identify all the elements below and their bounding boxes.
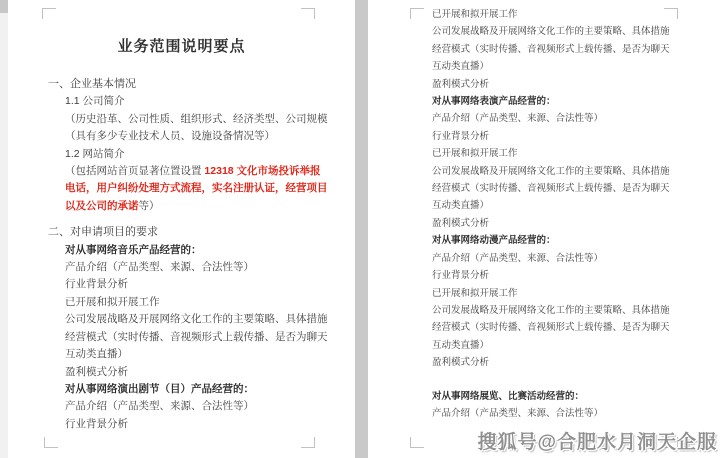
line-strategy: 公司发展战略及开展网络文化工作的主要策略、具体措施 (368, 302, 720, 319)
line-company-note-1: （历史沿革、公司性质、组织形式、经济类型、公司规模 (8, 111, 355, 128)
line-industry-analysis: 行业背景分析 (368, 267, 720, 284)
sohu-watermark: 搜狐号@合肥水月洞天企服 (477, 427, 717, 454)
section-1-heading: 一、企业基本情况 (8, 76, 355, 93)
document-page-1: 业务范围说明要点 一、企业基本情况 1.1 公司简介 （历史沿革、公司性质、组织… (8, 0, 355, 458)
margin-mark-icon (44, 437, 58, 448)
margin-mark-icon (301, 8, 315, 19)
line-mode-1: 经营模式（实时传播、音视频形式上载传播、是否为聊天 (368, 319, 720, 336)
document-viewer: 业务范围说明要点 一、企业基本情况 1.1 公司简介 （历史沿革、公司性质、组织… (0, 0, 720, 458)
line-profit: 盈利模式分析 (368, 354, 720, 371)
site-note-black-suffix: 等） (139, 200, 160, 212)
line-company-note-2: （具有多少专业技术人员、设施设备情况等） (8, 128, 355, 145)
heading-network-exhibition: 对从事网络展览、比赛活动经营的： (368, 388, 720, 405)
line-strategy: 公司发展战略及开展网络文化工作的主要策略、具体措施 (368, 163, 720, 180)
line-work-done: 已开展和拟开展工作 (8, 294, 355, 311)
heading-network-show: 对从事网络表演产品经营的： (368, 93, 720, 110)
site-note-red-2: 电话，用户纠纷处理方式流程，实名注册认证，经营项目 (65, 182, 328, 194)
line-company-intro: 1.1 公司简介 (8, 93, 355, 110)
site-note-red-1: 12318 文化市场投诉举报 (204, 165, 320, 177)
page-title: 业务范围说明要点 (8, 37, 355, 57)
site-note-black-prefix: （包括网站首页显著位置设置 (65, 165, 204, 177)
left-edge-strip (0, 0, 8, 458)
margin-mark-icon (410, 437, 424, 448)
line-product-intro: 产品介绍（产品类型、来源、合法性等） (8, 259, 355, 276)
heading-network-music: 对从事网络音乐产品经营的： (8, 242, 355, 259)
line-strategy: 公司发展战略及开展网络文化工作的主要策略、具体措施 (8, 311, 355, 328)
line-mode-1: 经营模式（实时传播、音视频形式上载传播、是否为聊天 (368, 41, 720, 58)
line-site-intro: 1.2 网站简介 (8, 146, 355, 163)
line-site-note-2: 电话，用户纠纷处理方式流程，实名注册认证，经营项目 (8, 180, 355, 197)
line-work-done: 已开展和拟开展工作 (368, 6, 720, 23)
line-site-note-1: （包括网站首页显著位置设置 12318 文化市场投诉举报 (8, 163, 355, 180)
line-mode-2: 互动类直播） (368, 337, 720, 354)
line-profit: 盈利模式分析 (368, 76, 720, 93)
line-product-intro: 产品介绍（产品类型、来源、合法性等） (8, 398, 355, 415)
heading-network-anime: 对从事网络动漫产品经营的： (368, 232, 720, 249)
top-left-corner-chip (0, 0, 8, 13)
line-mode-2: 互动类直播） (368, 58, 720, 75)
line-profit: 盈利模式分析 (8, 364, 355, 381)
line-mode-2: 互动类直播） (8, 346, 355, 363)
line-mode-1: 经营模式（实时传播、音视频形式上载传播、是否为聊天 (8, 329, 355, 346)
line-industry-analysis: 行业背景分析 (8, 416, 355, 433)
line-industry-analysis: 行业背景分析 (368, 128, 720, 145)
section-2-heading: 二、对申请项目的要求 (8, 224, 355, 241)
line-work-done: 已开展和拟开展工作 (368, 285, 720, 302)
page-2-content: 已开展和拟开展工作 公司发展战略及开展网络文化工作的主要策略、具体措施 经营模式… (368, 6, 720, 422)
line-product-intro: 产品介绍（产品类型、来源、合法性等） (368, 250, 720, 267)
line-industry-analysis: 行业背景分析 (8, 276, 355, 293)
line-site-note-3: 以及公司的承诺等） (8, 198, 355, 215)
margin-mark-icon (42, 8, 56, 19)
page-1-content: 一、企业基本情况 1.1 公司简介 （历史沿革、公司性质、组织形式、经济类型、公… (8, 76, 355, 433)
line-work-done: 已开展和拟开展工作 (368, 145, 720, 162)
page-gap (355, 0, 368, 458)
heading-network-performance: 对从事网络演出剧节（目）产品经营的： (8, 381, 355, 398)
line-product-intro: 产品介绍（产品类型、来源、合法性等） (368, 110, 720, 127)
document-page-2: 已开展和拟开展工作 公司发展战略及开展网络文化工作的主要策略、具体措施 经营模式… (368, 0, 720, 458)
line-strategy: 公司发展战略及开展网络文化工作的主要策略、具体措施 (368, 23, 720, 40)
site-note-red-3: 以及公司的承诺 (65, 200, 139, 212)
section-spacer (368, 372, 720, 388)
margin-mark-icon (301, 437, 315, 448)
line-mode-1: 经营模式（实时传播、音视频形式上载传播、是否为聊天 (368, 180, 720, 197)
line-product-intro: 产品介绍（产品类型、来源、合法性等） (368, 405, 720, 422)
line-mode-2: 互动类直播） (368, 197, 720, 214)
line-profit: 盈利模式分析 (368, 215, 720, 232)
